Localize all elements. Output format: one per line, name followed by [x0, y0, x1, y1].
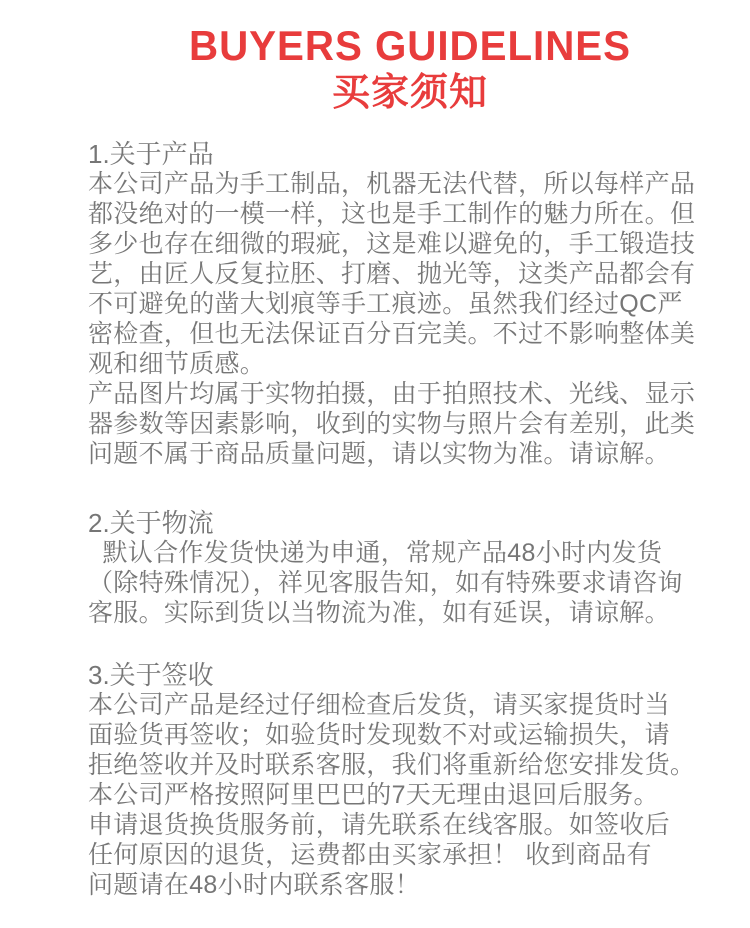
- page-title-english: BUYERS GUIDELINES: [84, 22, 737, 70]
- page-header: BUYERS GUIDELINES 买家须知: [0, 0, 750, 116]
- text-line: 客服。实际到货以当物流为准，如有延误，请谅解。: [88, 598, 698, 628]
- text-line: 默认合作发货快递为申通，常规产品48小时内发货: [88, 538, 698, 568]
- text-line: 问题请在48小时内联系客服！: [88, 870, 698, 900]
- text-line: 本公司产品是经过仔细检查后发货，请买家提货时当: [88, 690, 698, 720]
- text-line: 不可避免的凿大划痕等手工痕迹。虽然我们经过QC严: [88, 289, 698, 319]
- buyers-guidelines-page: BUYERS GUIDELINES 买家须知 1.关于产品本公司产品为手工制品，…: [0, 0, 750, 928]
- text-line: 本公司严格按照阿里巴巴的7天无理由退回后服务。: [88, 780, 698, 810]
- notice-section-1: 1.关于产品本公司产品为手工制品，机器无法代替，所以每样产品都没绝对的一模一样，…: [88, 139, 698, 469]
- text-line: 任何原因的退货，运费都由买家承担！ 收到商品有: [88, 840, 698, 870]
- section-heading: 2.关于物流: [88, 508, 698, 538]
- text-line: 面验货再签收；如验货时发现数不对或运输损失，请: [88, 720, 698, 750]
- text-line: 艺，由匠人反复拉胚、打磨、抛光等，这类产品都会有: [88, 259, 698, 289]
- notice-section-3: 3.关于签收本公司产品是经过仔细检查后发货，请买家提货时当面验货再签收；如验货时…: [88, 660, 698, 900]
- text-line: 申请退货换货服务前，请先联系在线客服。如签收后: [88, 810, 698, 840]
- notice-section-2: 2.关于物流 默认合作发货快递为申通，常规产品48小时内发货（除特殊情况），祥见…: [88, 508, 698, 628]
- section-heading: 3.关于签收: [88, 660, 698, 690]
- text-line: 本公司产品为手工制品，机器无法代替，所以每样产品: [88, 169, 698, 199]
- text-line: 密检查，但也无法保证百分百完美。不过不影响整体美: [88, 319, 698, 349]
- text-line: （除特殊情况），祥见客服告知，如有特殊要求请咨询: [88, 568, 698, 598]
- text-line: 器参数等因素影响，收到的实物与照片会有差别，此类: [88, 409, 698, 439]
- text-line: 问题不属于商品质量问题，请以实物为准。请谅解。: [88, 439, 698, 469]
- text-line: 产品图片均属于实物拍摄，由于拍照技术、光线、显示: [88, 379, 698, 409]
- text-line: 多少也存在细微的瑕疵，这是难以避免的，手工锻造技: [88, 229, 698, 259]
- guidelines-content: 1.关于产品本公司产品为手工制品，机器无法代替，所以每样产品都没绝对的一模一样，…: [0, 139, 750, 900]
- text-line: 都没绝对的一模一样，这也是手工制作的魅力所在。但: [88, 199, 698, 229]
- text-line: 观和细节质感。: [88, 349, 698, 379]
- section-heading: 1.关于产品: [88, 139, 698, 169]
- page-title-chinese: 买家须知: [70, 70, 750, 116]
- text-line: 拒绝签收并及时联系客服，我们将重新给您安排发货。: [88, 750, 698, 780]
